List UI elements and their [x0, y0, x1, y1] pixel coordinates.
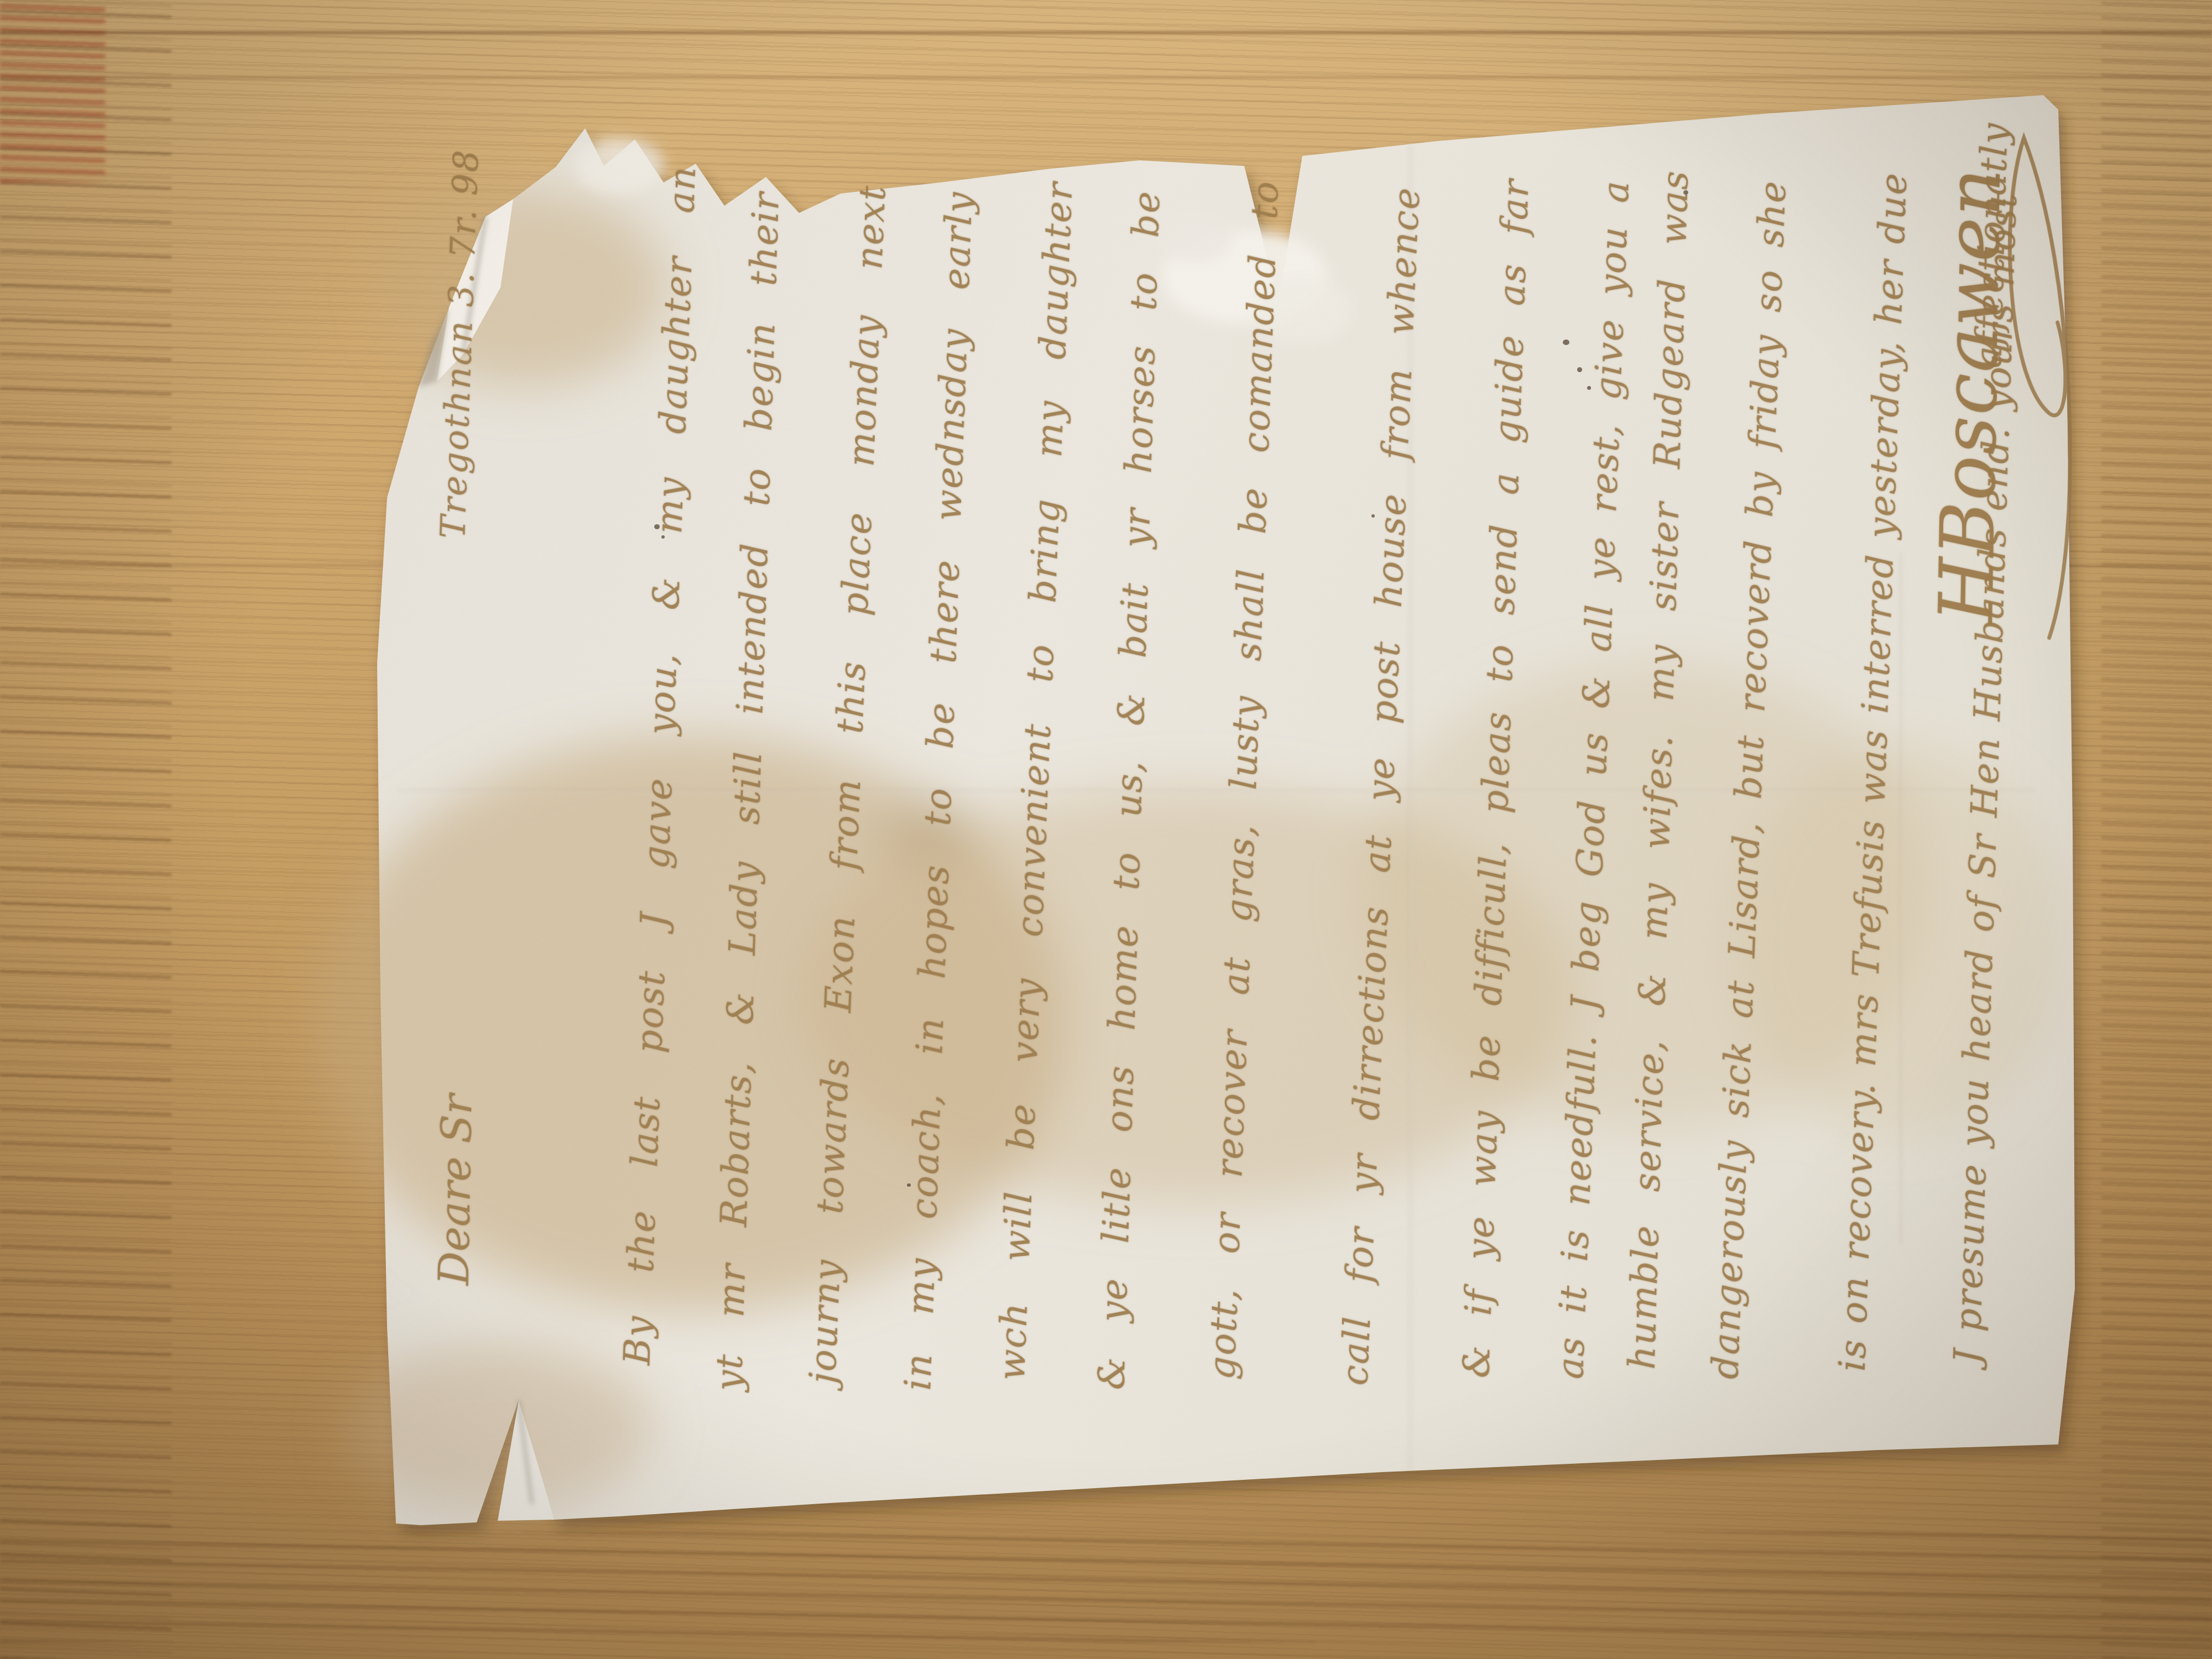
- paper-sheet-graphic: [0, 0, 2212, 1659]
- photo-of-handwritten-letter-on-wooden-table: { "scene": { "description": "Photograph …: [0, 0, 2212, 1659]
